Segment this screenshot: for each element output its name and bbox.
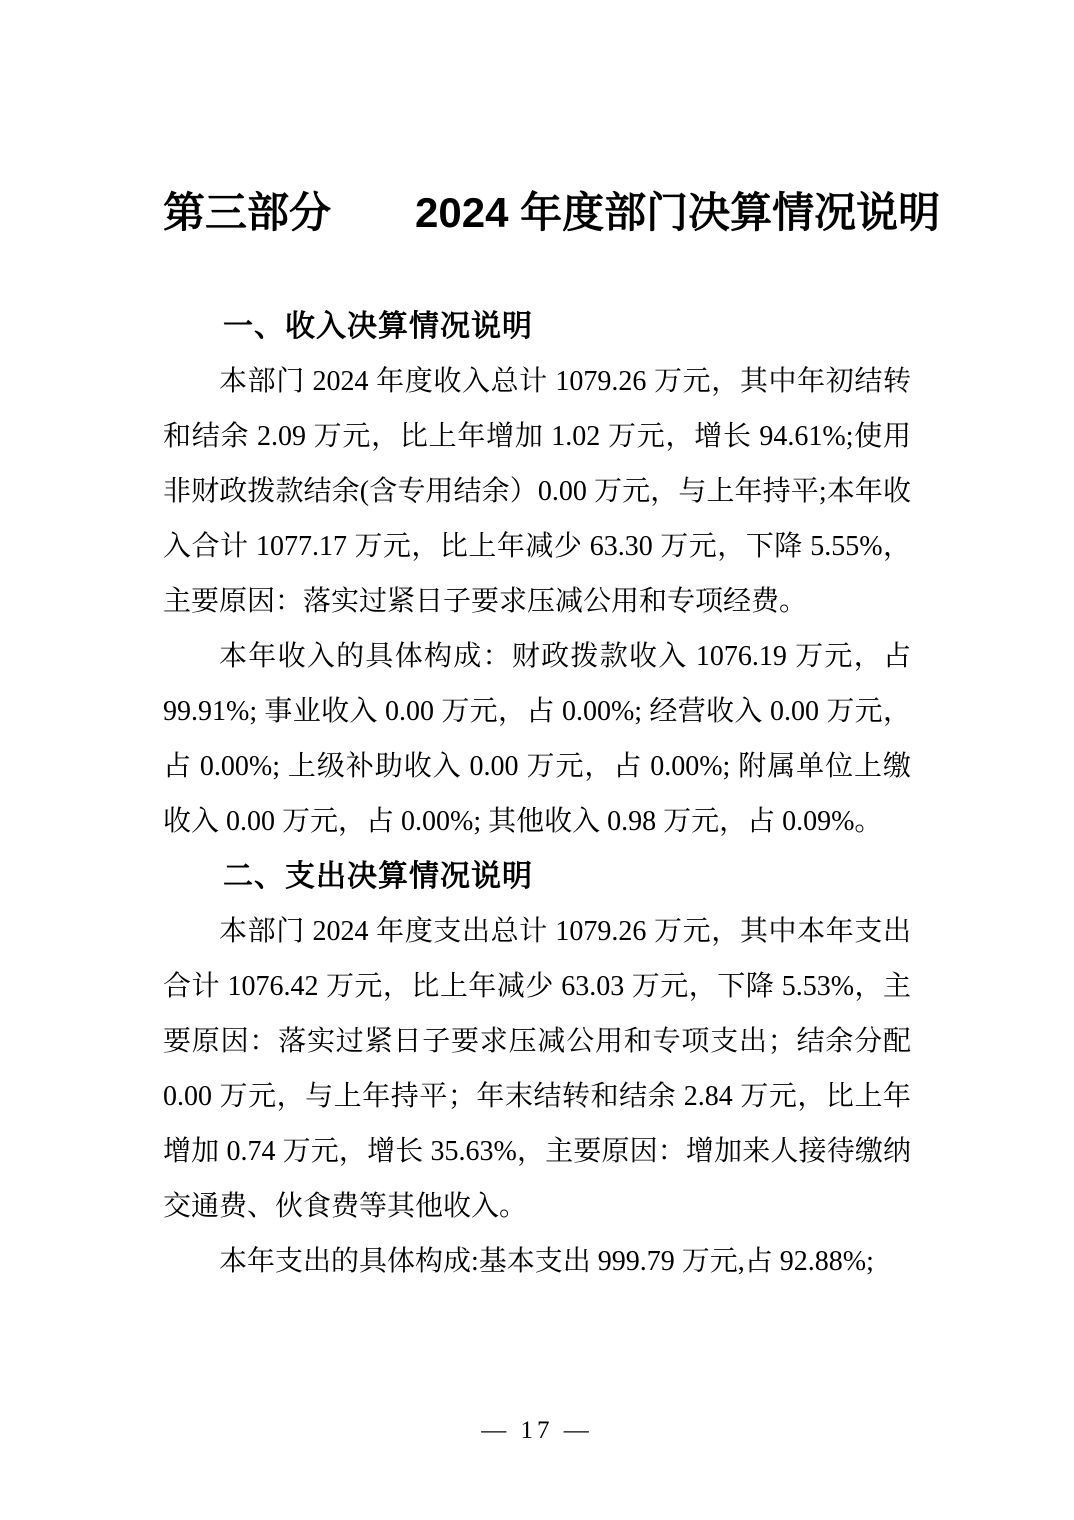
document-body: 一、收入决算情况说明 本部门 2024 年度收入总计 1079.26 万元，其中… (163, 299, 911, 1289)
page-number: — 17 — (0, 1416, 1074, 1446)
document-title: 第三部分 2024 年度部门决算情况说明 (163, 185, 911, 241)
paragraph-expenditure-composition: 本年支出的具体构成:基本支出 999.79 万元,占 92.88%; (163, 1234, 911, 1289)
section-heading-income: 一、收入决算情况说明 (163, 299, 911, 354)
paragraph-income-composition: 本年收入的具体构成：财政拨款收入 1076.19 万元，占 99.91%; 事业… (163, 629, 911, 849)
document-page: 第三部分 2024 年度部门决算情况说明 一、收入决算情况说明 本部门 2024… (0, 0, 1074, 1520)
paragraph-income-summary: 本部门 2024 年度收入总计 1079.26 万元，其中年初结转和结余 2.0… (163, 354, 911, 629)
section-heading-expenditure: 二、支出决算情况说明 (163, 849, 911, 904)
paragraph-expenditure-summary: 本部门 2024 年度支出总计 1079.26 万元，其中本年支出合计 1076… (163, 904, 911, 1234)
